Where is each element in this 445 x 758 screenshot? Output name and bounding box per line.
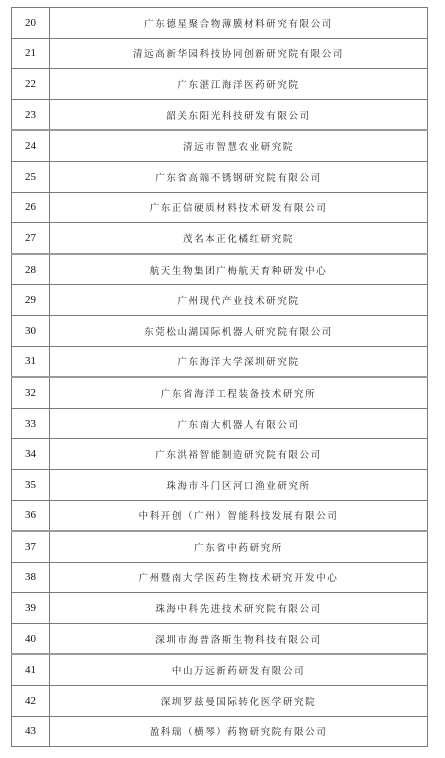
row-number: 31 [12, 346, 50, 377]
institution-name: 广东省中药研究所 [50, 531, 428, 562]
institution-name: 广东海洋大学深圳研究院 [50, 346, 428, 377]
row-number: 26 [12, 192, 50, 223]
table-row: 42深圳罗兹曼国际转化医学研究院 [12, 686, 428, 717]
institution-name: 东莞松山湖国际机器人研究院有限公司 [50, 315, 428, 346]
table-row: 36中科开创（广州）智能科技发展有限公司 [12, 500, 428, 531]
institution-name: 中山万远新药研发有限公司 [50, 654, 428, 685]
institution-name: 珠海市斗门区河口渔业研究所 [50, 469, 428, 500]
table-row: 30东莞松山湖国际机器人研究院有限公司 [12, 315, 428, 346]
table-row: 22广东湛江海洋医药研究院 [12, 69, 428, 100]
row-number: 39 [12, 593, 50, 624]
institution-name: 茂名本正化橘红研究院 [50, 223, 428, 254]
institution-name: 珠海中科先进技术研究院有限公司 [50, 593, 428, 624]
row-number: 22 [12, 69, 50, 100]
row-number: 40 [12, 623, 50, 654]
institution-name: 清远市智慧农业研究院 [50, 130, 428, 161]
table-row: 40深圳市海普洛斯生物科技有限公司 [12, 623, 428, 654]
institution-name: 广东南大机器人有限公司 [50, 408, 428, 439]
institution-name: 广东省高端不锈钢研究院有限公司 [50, 161, 428, 192]
row-number: 32 [12, 377, 50, 408]
table-row: 39珠海中科先进技术研究院有限公司 [12, 593, 428, 624]
institution-name: 广州暨南大学医药生物技术研究开发中心 [50, 562, 428, 593]
table-row: 23韶关东阳光科技研发有限公司 [12, 99, 428, 130]
institution-name: 盈科瑞（横琴）药物研究院有限公司 [50, 716, 428, 747]
table-row: 29广州现代产业技术研究院 [12, 285, 428, 316]
institution-name: 广州现代产业技术研究院 [50, 285, 428, 316]
table-row: 25广东省高端不锈钢研究院有限公司 [12, 161, 428, 192]
institution-name: 韶关东阳光科技研发有限公司 [50, 99, 428, 130]
row-number: 35 [12, 469, 50, 500]
table-row: 38广州暨南大学医药生物技术研究开发中心 [12, 562, 428, 593]
row-number: 29 [12, 285, 50, 316]
table-row: 27茂名本正化橘红研究院 [12, 223, 428, 254]
table-row: 32广东省海洋工程装备技术研究所 [12, 377, 428, 408]
institution-name: 广东洪裕智能制造研究院有限公司 [50, 439, 428, 470]
institution-name: 深圳罗兹曼国际转化医学研究院 [50, 686, 428, 717]
row-number: 24 [12, 130, 50, 161]
table-row: 35珠海市斗门区河口渔业研究所 [12, 469, 428, 500]
row-number: 37 [12, 531, 50, 562]
institution-name: 广东德星聚合物薄膜材料研究有限公司 [50, 8, 428, 39]
table-row: 20广东德星聚合物薄膜材料研究有限公司 [12, 8, 428, 39]
row-number: 33 [12, 408, 50, 439]
table-row: 24清远市智慧农业研究院 [12, 130, 428, 161]
table-body: 20广东德星聚合物薄膜材料研究有限公司21清远高新华园科技协同创新研究院有限公司… [12, 8, 428, 747]
institution-name: 中科开创（广州）智能科技发展有限公司 [50, 500, 428, 531]
row-number: 43 [12, 716, 50, 747]
table-row: 21清远高新华园科技协同创新研究院有限公司 [12, 38, 428, 69]
row-number: 42 [12, 686, 50, 717]
row-number: 23 [12, 99, 50, 130]
row-number: 38 [12, 562, 50, 593]
row-number: 36 [12, 500, 50, 531]
table-row: 26广东正信硬质材料技术研发有限公司 [12, 192, 428, 223]
row-number: 41 [12, 654, 50, 685]
row-number: 30 [12, 315, 50, 346]
row-number: 20 [12, 8, 50, 39]
table-row: 41中山万远新药研发有限公司 [12, 654, 428, 685]
institution-name: 航天生物集团广梅航天育种研发中心 [50, 254, 428, 285]
institution-name: 清远高新华园科技协同创新研究院有限公司 [50, 38, 428, 69]
institution-name: 广东正信硬质材料技术研发有限公司 [50, 192, 428, 223]
institution-table: 20广东德星聚合物薄膜材料研究有限公司21清远高新华园科技协同创新研究院有限公司… [11, 7, 428, 747]
institution-name: 广东省海洋工程装备技术研究所 [50, 377, 428, 408]
table-row: 28航天生物集团广梅航天育种研发中心 [12, 254, 428, 285]
row-number: 21 [12, 38, 50, 69]
row-number: 34 [12, 439, 50, 470]
row-number: 25 [12, 161, 50, 192]
table-row: 37广东省中药研究所 [12, 531, 428, 562]
row-number: 28 [12, 254, 50, 285]
table-row: 43盈科瑞（横琴）药物研究院有限公司 [12, 716, 428, 747]
institution-name: 广东湛江海洋医药研究院 [50, 69, 428, 100]
table-row: 33广东南大机器人有限公司 [12, 408, 428, 439]
table-row: 31广东海洋大学深圳研究院 [12, 346, 428, 377]
institution-name: 深圳市海普洛斯生物科技有限公司 [50, 623, 428, 654]
row-number: 27 [12, 223, 50, 254]
table-row: 34广东洪裕智能制造研究院有限公司 [12, 439, 428, 470]
